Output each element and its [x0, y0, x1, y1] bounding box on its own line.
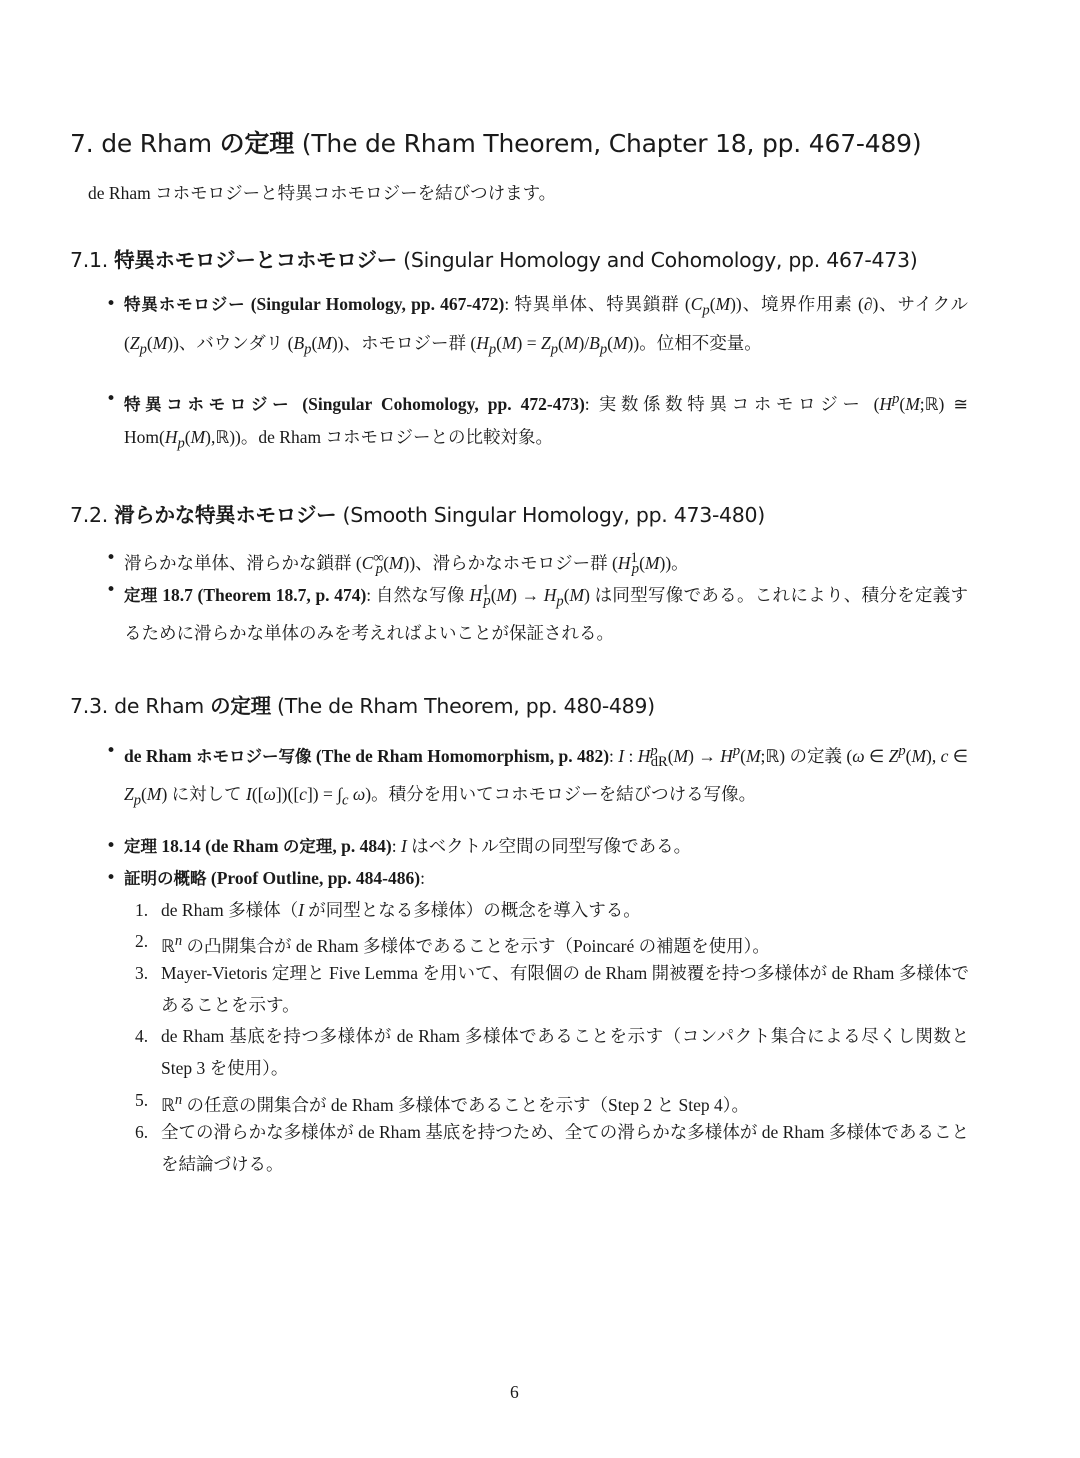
item-text: : [420, 868, 425, 888]
chapter-title: 7. de Rham の定理 (The de Rham Theorem, Cha… [70, 124, 921, 160]
bullet-icon: • [106, 383, 116, 415]
item-bold-jp: 特異コホモロジー [124, 395, 293, 414]
item-bold-en: 18.7 (Theorem 18.7, p. 474) [158, 585, 367, 605]
proof-step-3: Mayer-Vietoris 定理と Five Lemma を用いて、有限個の … [161, 957, 969, 1021]
list-item-theorem-18-7: 定理 18.7 (Theorem 18.7, p. 474): 自然な写像 H1… [124, 574, 968, 649]
item-bold-en: (Singular Homology, pp. 467-472) [246, 294, 505, 314]
chapter-title-en: (The de Rham Theorem, Chapter 18, pp. 46… [294, 129, 921, 158]
bullet-icon: • [106, 830, 116, 862]
item-bold-jp: 定理 [124, 586, 158, 605]
section-title-7-2: 7.2. 滑らかな特異ホモロジー (Smooth Singular Homolo… [70, 498, 765, 528]
section-title-en: (Smooth Singular Homology, pp. 473-480) [336, 503, 765, 527]
section-number: 7.2. [70, 503, 114, 527]
step-number: 5. [135, 1084, 148, 1116]
item-bold-en: 18.14 (de Rham [157, 836, 283, 856]
proof-step-6: 全ての滑らかな多様体が de Rham 基底を持つため、全ての滑らかな多様体が … [161, 1116, 969, 1180]
step-number: 1. [135, 894, 148, 926]
bullet-icon: • [106, 735, 116, 767]
list-item-singular-cohomology: 特異コホモロジー (Singular Cohomology, pp. 472-4… [124, 383, 968, 459]
section-number: 7.1. [70, 248, 114, 272]
chapter-title-jp: の定理 [220, 129, 294, 158]
chapter-title-prefix: 7. de Rham [70, 129, 220, 158]
section-title-7-1: 7.1. 特異ホモロジーとコホモロジー (Singular Homology a… [70, 243, 917, 273]
list-item-singular-homology: 特異ホモロジー (Singular Homology, pp. 467-472)… [124, 288, 968, 365]
item-bold-en: (Proof Outline, pp. 484-486) [207, 868, 421, 888]
item-text: 滑らかな単体、滑らかな鎖群 (C∞p(M))、滑らかなホモロジー群 (H1p(M… [124, 553, 689, 573]
step-number: 4. [135, 1020, 148, 1052]
section-title-en: (The de Rham Theorem, pp. 480-489) [271, 694, 655, 718]
section-title-prefix: de Rham [114, 694, 210, 718]
item-bold-jp: 証明の概略 [124, 869, 207, 888]
section-title-jp: 特異ホモロジーとコホモロジー [114, 248, 397, 272]
bullet-icon: • [106, 288, 116, 320]
list-item-proof-outline: 証明の概略 (Proof Outline, pp. 484-486): [124, 862, 968, 895]
step-number: 3. [135, 957, 148, 989]
section-title-7-3: 7.3. de Rham の定理 (The de Rham Theorem, p… [70, 689, 655, 719]
step-number: 2. [135, 925, 148, 957]
section-title-jp: 滑らかな特異ホモロジー [114, 503, 336, 527]
list-item-de-rham-homomorphism: de Rham ホモロジー写像 (The de Rham Homomorphis… [124, 735, 968, 817]
bullet-icon: • [106, 862, 116, 894]
item-bold-jp: 定理 [124, 837, 157, 856]
item-bold-en: (Singular Cohomology, pp. 472-473) [293, 394, 585, 414]
item-bold-en: (The de Rham Homomorphism, p. 482) [312, 746, 610, 766]
item-bold-jp: ホモロジー写像 [196, 747, 312, 766]
item-bold-jp2: の定理 [283, 837, 333, 856]
item-text: : I はベクトル空間の同型写像である。 [392, 836, 691, 856]
proof-step-4: de Rham 基底を持つ多様体が de Rham 多様体であることを示す（コン… [161, 1020, 969, 1084]
step-number: 6. [135, 1116, 148, 1148]
list-item-theorem-18-14: 定理 18.14 (de Rham の定理, p. 484): I はベクトル空… [124, 830, 968, 863]
item-bold-en-pre: de Rham [124, 746, 196, 766]
bullet-icon: • [106, 542, 116, 574]
proof-step-1: de Rham 多様体（I が同型となる多様体）の概念を導入する。 [161, 894, 969, 926]
item-bold-jp: 特異ホモロジー [124, 295, 246, 314]
document-page: 7. de Rham の定理 (The de Rham Theorem, Cha… [0, 0, 1080, 1458]
item-bold-en2: , p. 484) [332, 836, 391, 856]
bullet-icon: • [106, 574, 116, 606]
section-title-jp: の定理 [210, 694, 271, 718]
section-title-en: (Singular Homology and Cohomology, pp. 4… [397, 248, 918, 272]
section-number: 7.3. [70, 694, 114, 718]
chapter-intro: de Rham コホモロジーと特異コホモロジーを結びつけます。 [88, 180, 556, 205]
page-number: 6 [510, 1382, 519, 1403]
